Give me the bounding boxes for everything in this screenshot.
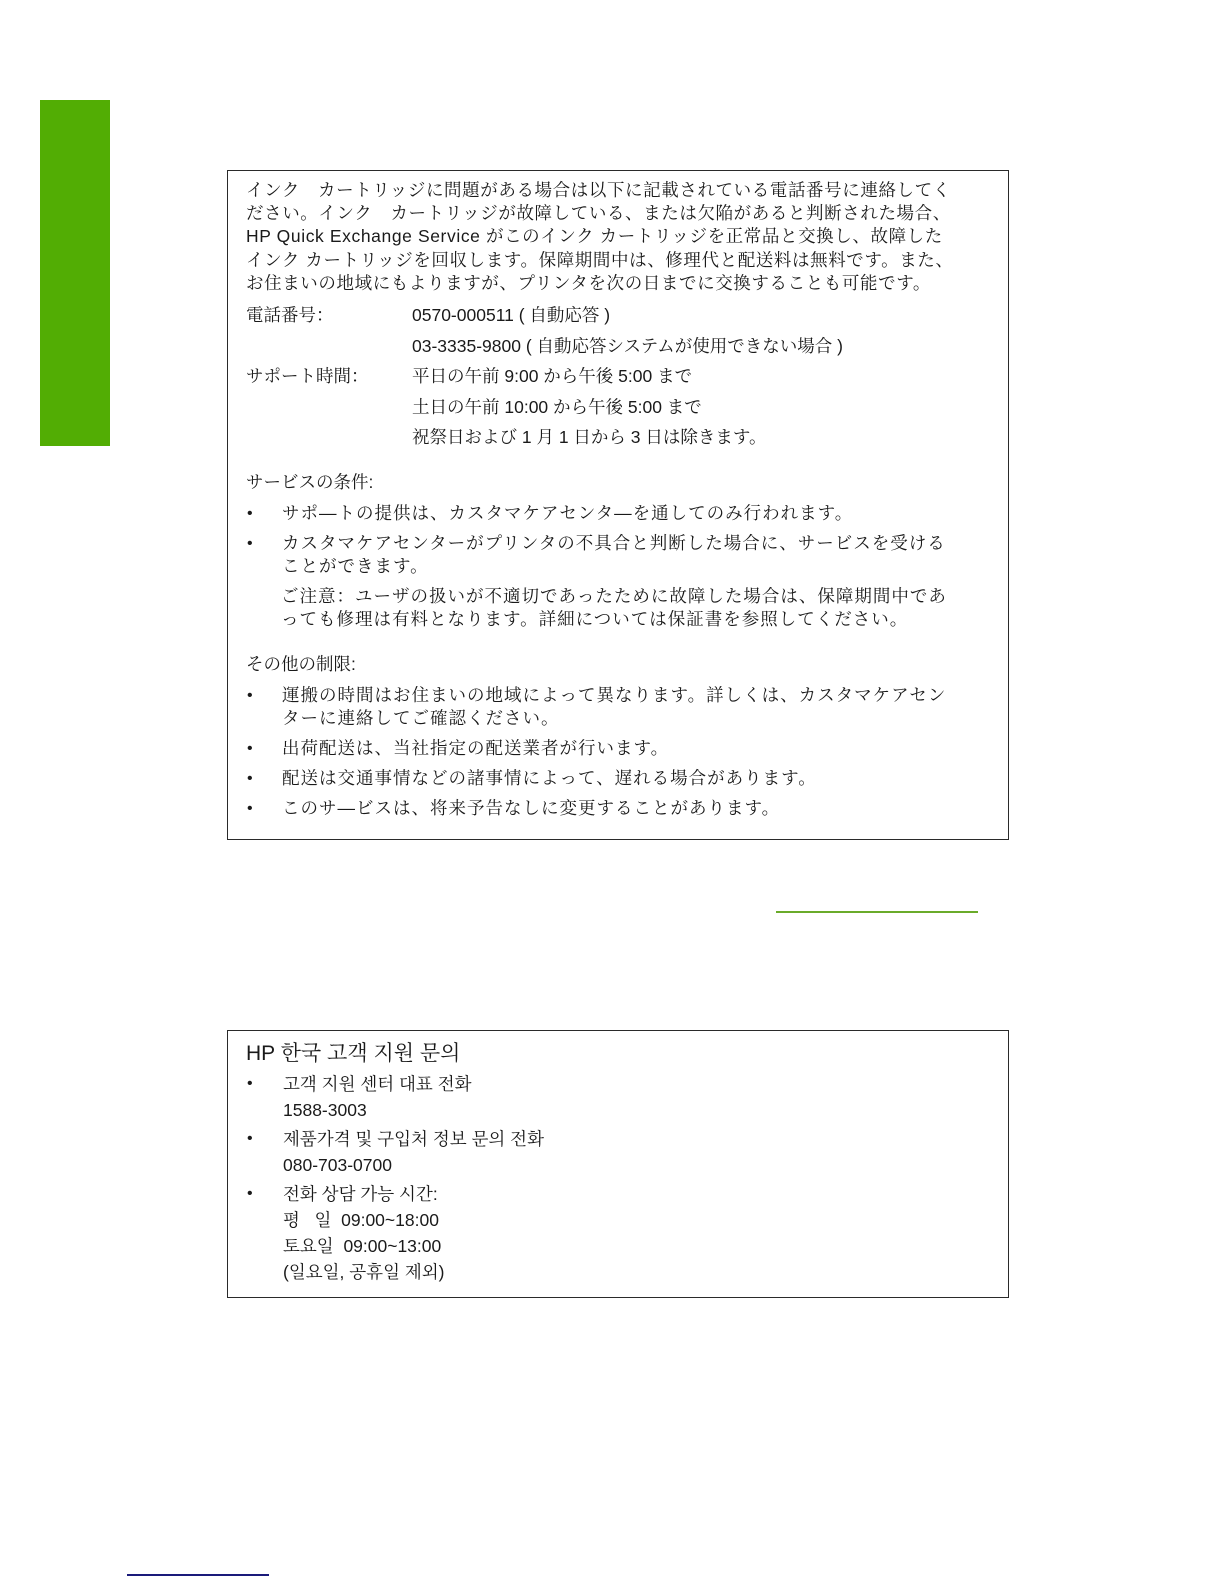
hyperlink-underline[interactable] (776, 911, 978, 913)
list-item-text: 出荷配送は、当社指定の配送業者が行います。 (282, 737, 990, 760)
note-text: ご注意：ユーザの扱いが不適切であったために故障した場合は、保障期間中であ (281, 585, 990, 608)
jp-intro-line: HP Quick Exchange Service がこのインク カートリッジを… (246, 225, 990, 248)
list-item-text: サポ―トの提供は、カスタマケアセンタ―を通してのみ行われます。 (282, 502, 990, 525)
bullet-icon: • (246, 737, 282, 760)
list-item-text: 고객 지원 센터 대표 전화 (283, 1071, 990, 1097)
list-item-text: カスタマケアセンターがプリンタの不具合と判断した場合に、サービスを受ける (282, 532, 990, 555)
chapter-side-tab (40, 100, 110, 446)
jp-hours-value: 平日の午前 9:00 から午後 5:00 まで (412, 361, 766, 392)
list-item-text: 運搬の時間はお住まいの地域によって異なります。詳しくは、カスタマケアセン (282, 684, 990, 707)
phone-number: 080-703-0700 (283, 1152, 990, 1178)
jp-conditions-heading: サービスの条件: (246, 469, 990, 495)
footer-link-underline[interactable] (127, 1574, 269, 1576)
jp-phone-row: 電話番号： 0570-000511 ( 自動応答 ) 03-3335-9800 … (246, 300, 990, 361)
list-item-text: 제품가격 및 구입처 정보 문의 전화 (283, 1126, 990, 1152)
bullet-icon: • (246, 1126, 283, 1178)
jp-hours-value: 土日の午前 10:00 から午後 5:00 まで (412, 392, 766, 423)
jp-intro-line: お住まいの地域にもよりますが、プリンタを次の日までに交換することも可能です。 (246, 272, 990, 295)
jp-limits-heading: その他の制限: (246, 651, 990, 677)
jp-hours-row: サポート時間： 平日の午前 9:00 から午後 5:00 まで 土日の午前 10… (246, 361, 990, 453)
list-item: • 제품가격 및 구입처 정보 문의 전화 080-703-0700 (246, 1126, 990, 1178)
jp-intro-line: インク カートリッジを回収します。保障期間中は、修理代と配送料は無料です。また、 (246, 249, 990, 272)
note-text: っても修理は有料となります。詳細については保証書を参照してください。 (281, 608, 990, 631)
korea-support-box: HP 한국 고객 지원 문의 • 고객 지원 센터 대표 전화 1588-300… (227, 1030, 1009, 1298)
list-item-text: ことができます。 (282, 555, 990, 578)
list-item: • カスタマケアセンターがプリンタの不具合と判断した場合に、サービスを受ける こ… (246, 532, 990, 578)
bullet-icon: • (246, 502, 282, 525)
list-item: • 配送は交通事情などの諸事情によって、遅れる場合があります。 (246, 767, 990, 790)
hours-saturday: 토요일 09:00~13:00 (283, 1233, 990, 1259)
jp-intro-line: ださい。インク カートリッジが故障している、または欠陥があると判断された場合、 (246, 202, 990, 225)
jp-hours-value: 祝祭日および 1 月 1 日から 3 日は除きます。 (412, 422, 766, 453)
hours-weekday: 평 일 09:00~18:00 (283, 1207, 990, 1233)
list-item: • 고객 지원 센터 대표 전화 1588-3003 (246, 1071, 990, 1123)
phone-number: 1588-3003 (283, 1097, 990, 1123)
jp-caution-note: ご注意：ユーザの扱いが不適切であったために故障した場合は、保障期間中であ っても… (281, 585, 990, 631)
bullet-icon: • (246, 767, 282, 790)
hours-exclusion: (일요일, 공휴일 제외) (283, 1259, 990, 1285)
jp-intro-paragraph: インク カートリッジに問題がある場合は以下に記載されている電話番号に連絡してく … (246, 179, 990, 295)
list-item-text: このサ―ビスは、将来予告なしに変更することがあります。 (282, 797, 990, 820)
jp-intro-line: インク カートリッジに問題がある場合は以下に記載されている電話番号に連絡してく (246, 179, 990, 202)
bullet-icon: • (246, 684, 282, 730)
bullet-icon: • (246, 1181, 283, 1285)
list-item-text: 전화 상담 가능 시간: (283, 1181, 990, 1207)
jp-hours-label: サポート時間： (246, 361, 412, 453)
list-item: • 運搬の時間はお住まいの地域によって異なります。詳しくは、カスタマケアセン タ… (246, 684, 990, 730)
bullet-icon: • (246, 532, 282, 578)
list-item: • このサ―ビスは、将来予告なしに変更することがあります。 (246, 797, 990, 820)
bullet-icon: • (246, 797, 282, 820)
list-item: • サポ―トの提供は、カスタマケアセンタ―を通してのみ行われます。 (246, 502, 990, 525)
list-item-text: 配送は交通事情などの諸事情によって、遅れる場合があります。 (282, 767, 990, 790)
bullet-icon: • (246, 1071, 283, 1123)
japan-support-box: インク カートリッジに問題がある場合は以下に記載されている電話番号に連絡してく … (227, 170, 1009, 840)
jp-phone-number: 0570-000511 ( 自動応答 ) (412, 300, 843, 331)
kr-box-title: HP 한국 고객 지원 문의 (246, 1040, 990, 1068)
jp-phone-number: 03-3335-9800 ( 自動応答システムが使用できない場合 ) (412, 331, 843, 362)
list-item: • 전화 상담 가능 시간: 평 일 09:00~18:00 토요일 09:00… (246, 1181, 990, 1285)
jp-phone-label: 電話番号： (246, 300, 412, 361)
list-item-text: ターに連絡してご確認ください。 (282, 707, 990, 730)
list-item: • 出荷配送は、当社指定の配送業者が行います。 (246, 737, 990, 760)
